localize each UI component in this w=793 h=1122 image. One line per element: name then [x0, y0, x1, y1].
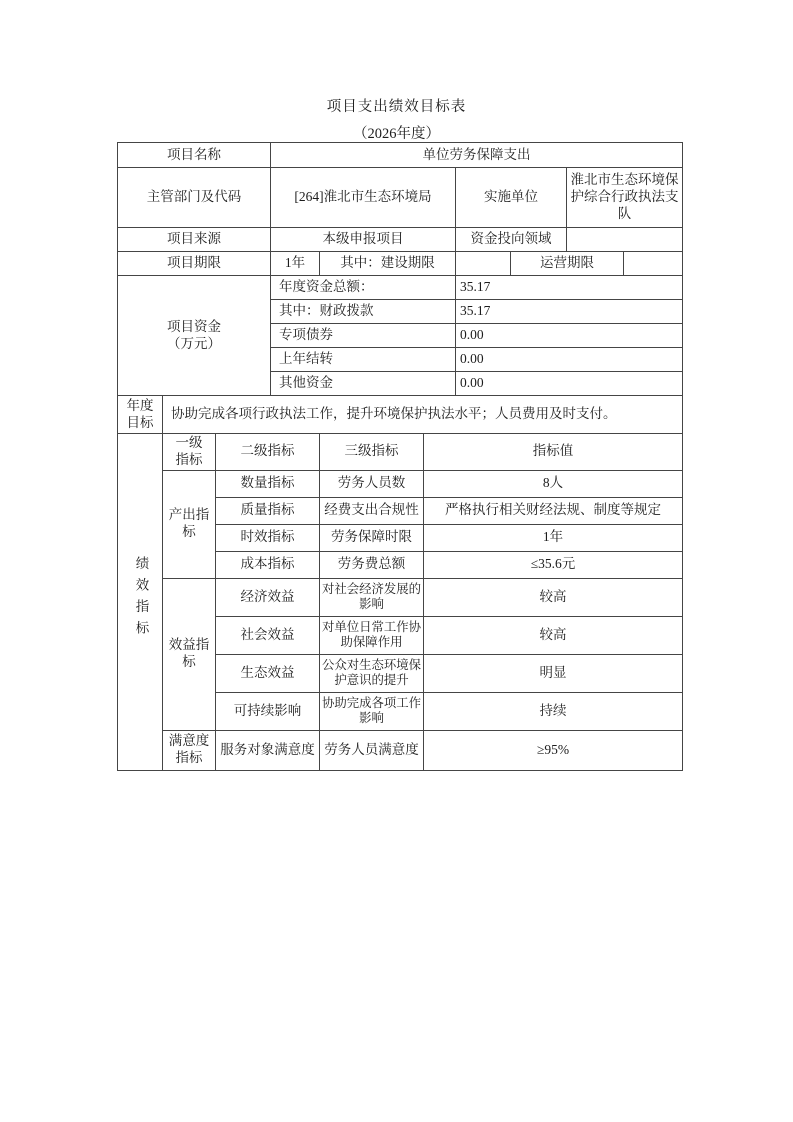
header-level1: 一级 指标	[163, 434, 216, 471]
fund-direction-label: 资金投向领域	[456, 228, 567, 252]
period-label: 项目期限	[118, 252, 271, 276]
group-satisfaction-label: 满意度 指标	[163, 730, 216, 770]
row-benefit-economic: 效益指 标 经济效益 对社会经济发展的 影响 较高	[118, 578, 683, 616]
document-page: 项目支出绩效目标表 （2026年度） 项目名称 单位劳务保障支出 主管部门及代码…	[0, 0, 793, 1122]
document-subtitle: （2026年度）	[0, 122, 793, 143]
output-quantity-value: 8人	[424, 470, 683, 497]
benefit-economic-value: 较高	[424, 578, 683, 616]
output-timeliness-value: 1年	[424, 524, 683, 551]
row-department: 主管部门及代码 [264]淮北市生态环境局 实施单位 淮北市生态环境保 护综合行…	[118, 168, 683, 228]
period-value: 1年	[271, 252, 320, 276]
output-quality-l3: 经费支出合规性	[320, 497, 424, 524]
satisfaction-l2: 服务对象满意度	[216, 730, 320, 770]
funds-label: 项目资金 （万元）	[118, 276, 271, 396]
indicators-side-label: 绩效指标	[118, 434, 163, 771]
benefit-ecological-value: 明显	[424, 654, 683, 692]
benefit-economic-l3: 对社会经济发展的 影响	[320, 578, 424, 616]
output-quality-value: 严格执行相关财经法规、制度等规定	[424, 497, 683, 524]
impl-unit-label: 实施单位	[456, 168, 567, 228]
source-value: 本级申报项目	[271, 228, 456, 252]
department-value: [264]淮北市生态环境局	[271, 168, 456, 228]
impl-unit-value: 淮北市生态环境保 护综合行政执法支 队	[567, 168, 683, 228]
fund-bond-value: 0.00	[456, 324, 683, 348]
benefit-ecological-l3: 公众对生态环境保 护意识的提升	[320, 654, 424, 692]
annual-goal-label: 年度 目标	[118, 396, 163, 434]
group-output-label: 产出指 标	[163, 470, 216, 578]
row-output-quantity: 产出指 标 数量指标 劳务人员数 8人	[118, 470, 683, 497]
output-timeliness-l3: 劳务保障时限	[320, 524, 424, 551]
satisfaction-l3: 劳务人员满意度	[320, 730, 424, 770]
benefit-sustainable-l3: 协助完成各项工作 影响	[320, 692, 424, 730]
header-level3: 三级指标	[320, 434, 424, 471]
document-title: 项目支出绩效目标表	[0, 95, 793, 116]
fund-carryover-value: 0.00	[456, 348, 683, 372]
header-level2: 二级指标	[216, 434, 320, 471]
output-quantity-l3: 劳务人员数	[320, 470, 424, 497]
benefit-sustainable-value: 持续	[424, 692, 683, 730]
benefit-sustainable-l2: 可持续影响	[216, 692, 320, 730]
group-benefit-label: 效益指 标	[163, 578, 216, 730]
header-value: 指标值	[424, 434, 683, 471]
fund-other-name: 其他资金	[271, 372, 456, 396]
row-indicator-header: 绩效指标 一级 指标 二级指标 三级指标 指标值	[118, 434, 683, 471]
output-timeliness-l2: 时效指标	[216, 524, 320, 551]
indicators-side-label-text: 绩效指标	[132, 556, 149, 642]
project-name-label: 项目名称	[118, 143, 271, 168]
output-cost-l2: 成本指标	[216, 551, 320, 578]
benefit-social-l3: 对单位日常工作协 助保障作用	[320, 616, 424, 654]
fund-other-value: 0.00	[456, 372, 683, 396]
row-period: 项目期限 1年 其中：建设期限 运营期限	[118, 252, 683, 276]
benefit-social-l2: 社会效益	[216, 616, 320, 654]
output-cost-l3: 劳务费总额	[320, 551, 424, 578]
operation-period-label: 运营期限	[511, 252, 624, 276]
construction-period-label: 其中：建设期限	[320, 252, 456, 276]
row-project-name: 项目名称 单位劳务保障支出	[118, 143, 683, 168]
row-annual-goal: 年度 目标 协助完成各项行政执法工作，提升环境保护执法水平；人员费用及时支付。	[118, 396, 683, 434]
fund-fiscal-name: 其中：财政拨款	[271, 300, 456, 324]
fund-total-value: 35.17	[456, 276, 683, 300]
operation-period-value	[624, 252, 683, 276]
source-label: 项目来源	[118, 228, 271, 252]
row-fund-total: 项目资金 （万元） 年度资金总额： 35.17	[118, 276, 683, 300]
performance-target-table: 项目名称 单位劳务保障支出 主管部门及代码 [264]淮北市生态环境局 实施单位…	[117, 142, 683, 771]
fund-total-name: 年度资金总额：	[271, 276, 456, 300]
row-source: 项目来源 本级申报项目 资金投向领域	[118, 228, 683, 252]
construction-period-value	[456, 252, 511, 276]
row-satisfaction: 满意度 指标 服务对象满意度 劳务人员满意度 ≥95%	[118, 730, 683, 770]
output-quality-l2: 质量指标	[216, 497, 320, 524]
output-cost-value: ≤35.6元	[424, 551, 683, 578]
department-label: 主管部门及代码	[118, 168, 271, 228]
fund-carryover-name: 上年结转	[271, 348, 456, 372]
fund-bond-name: 专项债券	[271, 324, 456, 348]
fund-direction-value	[567, 228, 683, 252]
annual-goal-value: 协助完成各项行政执法工作，提升环境保护执法水平；人员费用及时支付。	[163, 396, 683, 434]
output-quantity-l2: 数量指标	[216, 470, 320, 497]
benefit-economic-l2: 经济效益	[216, 578, 320, 616]
benefit-social-value: 较高	[424, 616, 683, 654]
fund-fiscal-value: 35.17	[456, 300, 683, 324]
satisfaction-value: ≥95%	[424, 730, 683, 770]
benefit-ecological-l2: 生态效益	[216, 654, 320, 692]
project-name-value: 单位劳务保障支出	[271, 143, 683, 168]
